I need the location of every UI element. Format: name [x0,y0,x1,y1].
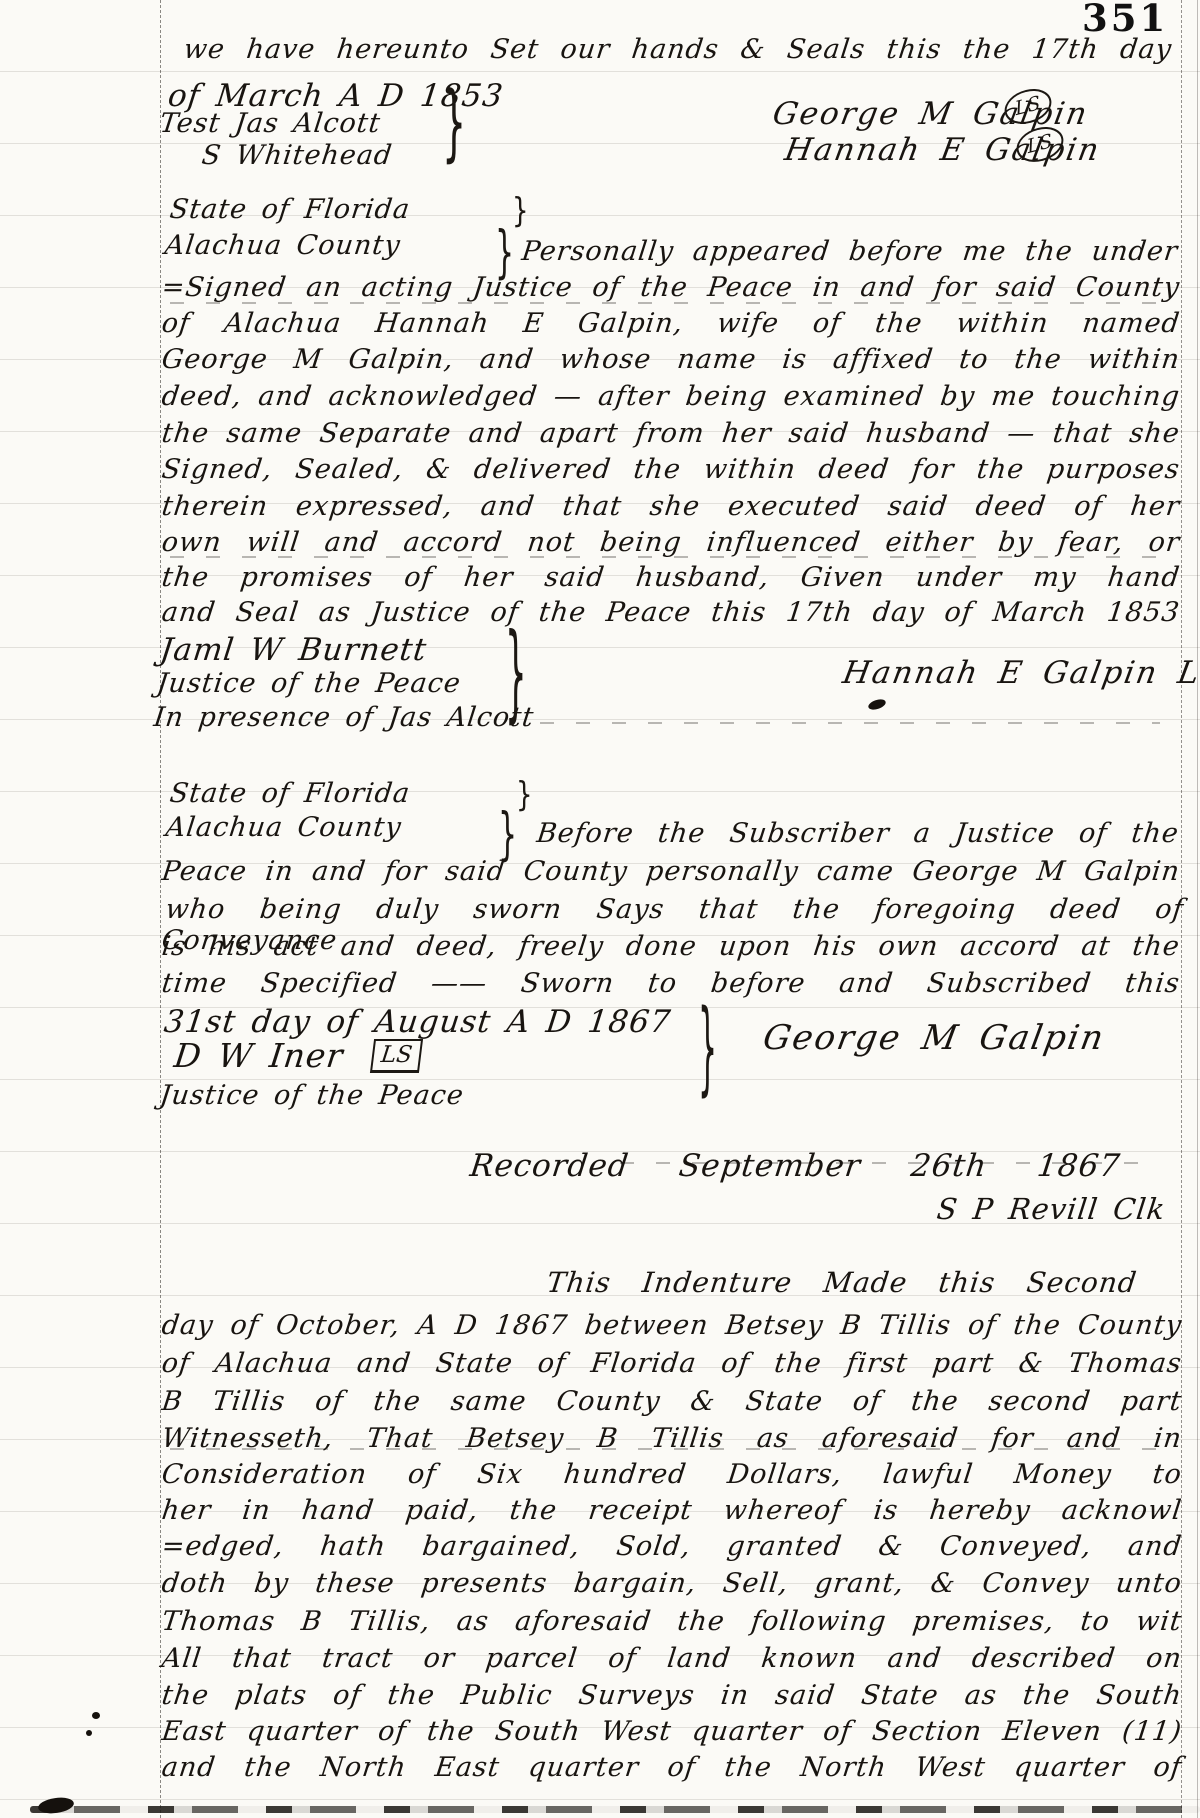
officer-signature: D W Iner [172,1036,346,1075]
handwriting-line: the plats of the Public Surveys in said … [160,1680,1184,1711]
handwriting-line: Witnesseth, That Betsey B Tillis as afor… [160,1423,1184,1454]
handwriting-line: the same Separate and apart from her sai… [160,418,1182,449]
right-margin-line-outer [1197,0,1198,1818]
handwriting-line: doth by these presents bargain, Sell, gr… [160,1568,1184,1599]
brace-glyph: } [512,192,529,231]
handwriting-line: the promises of her said husband, Given … [160,562,1182,593]
officer-signature: Jaml W Burnett [158,632,429,668]
handwriting-line: George M Galpin, and whose name is affix… [160,344,1182,375]
handwriting-line: =edged, hath bargained, Sold, granted & … [160,1531,1184,1562]
handwriting-line: of Alachua Hannah E Galpin, wife of the … [160,308,1182,339]
scan-streak [540,722,1160,724]
handwriting-line: Thomas B Tillis, as aforesaid the follow… [160,1606,1184,1637]
signature: George M Galpin [760,1018,1108,1058]
handwriting-line: her in hand paid, the receipt whereof is… [160,1495,1184,1526]
venue-county: Alachua County [164,812,403,843]
handwriting-line: 31st day of August A D 1867 [162,1004,673,1040]
handwriting-line: is his act and deed, freely done upon hi… [160,931,1182,962]
clerk-signature: S P Revill Clk [935,1192,1167,1226]
officer-title: Justice of the Peace [155,668,463,699]
recorded-line: Recorded September 26th 1867 [468,1148,1122,1184]
handwriting-line: Personally appeared before me the under [520,236,1180,267]
indenture-opening: This Indenture Made this Second [545,1266,1139,1299]
handwriting-line: Peace in and for said County personally … [160,856,1182,887]
handwriting-line: we have hereunto Set our hands & Seals t… [182,34,1174,65]
handwriting-line: deed, and acknowledged — after being exa… [160,381,1182,412]
witness-line: Test Jas Alcott [158,108,383,139]
handwriting-line: B Tillis of the same County & State of t… [160,1386,1184,1417]
page-bottom-smudge [30,1806,1200,1813]
venue-county: Alachua County [163,230,402,261]
handwriting-line: East quarter of the South West quarter o… [160,1716,1184,1747]
deed-book-page: 351 we have hereunto Set our hands & Sea… [0,0,1200,1818]
seal-mark-boxed: LS [370,1039,423,1073]
officer-title: Justice of the Peace [158,1080,466,1111]
handwriting-line: =Signed an acting Justice of the Peace i… [160,272,1182,303]
handwriting-line: therein expressed, and that she executed… [160,491,1182,522]
handwriting-line: Consideration of Six hundred Dollars, la… [160,1459,1184,1490]
venue-state: State of Florida [168,778,412,809]
venue-state: State of Florida [168,194,412,225]
handwriting-line: All that tract or parcel of land known a… [160,1643,1184,1674]
signature: Hannah E Galpin LS [840,655,1200,691]
brace-glyph: } [516,776,533,815]
handwriting-line: Before the Subscriber a Justice of the [535,818,1181,849]
brace-glyph: } [505,612,527,736]
handwriting-line: of Alachua and State of Florida of the f… [160,1348,1184,1379]
ink-speck [86,1730,92,1736]
witness-line: S Whitehead [200,140,394,171]
brace-glyph: } [698,990,717,1109]
handwriting-line: own will and accord not being influenced… [160,527,1182,558]
brace-glyph: } [442,74,466,171]
handwriting-line: and Seal as Justice of the Peace this 17… [160,597,1182,628]
left-margin-line [160,0,161,1818]
ink-blot [867,697,887,711]
handwriting-line: time Specified —— Sworn to before and Su… [160,968,1182,999]
presence-line: In presence of Jas Alcott [152,702,536,733]
handwriting-line: day of October, A D 1867 between Betsey … [160,1310,1184,1341]
handwriting-line: Signed, Sealed, & delivered the within d… [160,454,1182,485]
handwriting-line: and the North East quarter of the North … [160,1752,1184,1783]
ink-speck [92,1712,100,1719]
